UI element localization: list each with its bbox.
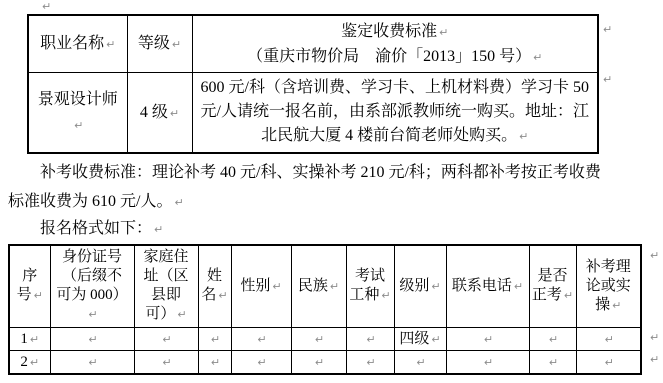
row1-level-cell[interactable]: 四级↵ — [394, 327, 446, 350]
row2-id-number-cell[interactable]: ↵ — [50, 350, 134, 374]
header-label-gender: 性别 — [240, 278, 270, 294]
fee-detail-text-3: 北民航大厦 4 楼前台简老师处购买。 — [261, 127, 517, 144]
header-label-regular-exam: 是否 正考 — [532, 268, 568, 303]
row2-no-value: 2 — [20, 354, 28, 370]
row1-exam-trade-cell[interactable]: ↵ — [346, 327, 394, 350]
header-label-ethnicity: 民族 — [298, 278, 328, 294]
fee-detail-text-1: 600 元/科（含培训费、学习卡、上机材料费）学习卡 50 — [201, 79, 589, 96]
paragraph-mark: ↵ — [174, 196, 183, 209]
header-label-exam-trade: 考试 工种 — [349, 268, 385, 303]
occupation-value: 景观设计师 — [38, 91, 118, 108]
fee-detail-line: 北民航大厦 4 楼前台简老师处购买。↵ — [199, 124, 592, 148]
paragraph-mark: ↵ — [42, 1, 51, 12]
standard-header-cell: 鉴定收费标准↵ （重庆市物价局 渝价「2013」150 号）↵ — [192, 15, 598, 72]
registration-header-row: 序 号↵ 身份证号 （后缀不 可为 000）↵ 家庭住 址（区 县即 可）↵ 姓… — [9, 245, 641, 327]
header-cell-regular-exam: 是否 正考↵ — [529, 245, 576, 327]
row2-exam-trade-cell[interactable]: ↵ — [346, 350, 394, 374]
paragraph-mark: ↵ — [484, 356, 493, 369]
row2-regular-exam-cell[interactable]: ↵ — [529, 350, 576, 374]
standard-title-text: 鉴定收费标准 — [341, 23, 437, 40]
fee-detail-line: 元/人请统一报名前，由系部派教师统一购买。地址：江 — [199, 100, 592, 124]
standard-subtitle-text: （重庆市物价局 渝价「2013」150 号） — [247, 48, 531, 65]
fee-detail-line: 600 元/科（含培训费、学习卡、上机材料费）学习卡 50 — [199, 76, 592, 100]
header-label-id-number: 身份证号 （后缀不 可为 000） — [56, 249, 127, 303]
fee-standard-table: 职业名称↵ 等级↵ 鉴定收费标准↵ （重庆市物价局 渝价「2013」150 号）… — [27, 14, 599, 154]
fee-table-data-row: 景观设计师↵ 4 级↵ 600 元/科（含培训费、学习卡、上机材料费）学习卡 5… — [28, 72, 598, 153]
paragraph-mark: ↵ — [88, 308, 97, 321]
paragraph-mark: ↵ — [172, 38, 181, 51]
header-cell-phone: 联系电话↵ — [446, 245, 529, 327]
row1-makeup-type-cell[interactable]: ↵ — [576, 327, 641, 350]
header-cell-no: 序 号↵ — [9, 245, 50, 327]
header-label-phone: 联系电话 — [452, 278, 512, 294]
paragraph-mark: ↵ — [257, 356, 266, 369]
fee-detail-cell: 600 元/科（含培训费、学习卡、上机材料费）学习卡 50 元/人请统一报名前，… — [192, 72, 598, 153]
header-cell-exam-trade: 考试 工种↵ — [346, 245, 394, 327]
form-intro-paragraph: 报名格式如下：↵ — [40, 219, 163, 239]
header-label-level: 级别 — [399, 278, 429, 294]
paragraph-mark: ↵ — [257, 333, 266, 346]
header-cell-ethnicity: 民族↵ — [291, 245, 346, 327]
paragraph-mark: ↵ — [74, 119, 83, 132]
standard-subtitle: （重庆市物价局 渝价「2013」150 号）↵ — [197, 44, 594, 69]
paragraph-mark: ↵ — [514, 280, 523, 293]
header-cell-id-number: 身份证号 （后缀不 可为 000）↵ — [50, 245, 134, 327]
paragraph-mark: ↵ — [484, 333, 493, 346]
paragraph-mark: ↵ — [162, 356, 171, 369]
header-label-makeup-type: 补考理 论或实 操 — [586, 259, 631, 313]
row2-gender-cell[interactable]: ↵ — [231, 350, 291, 374]
occupation-header-label: 职业名称 — [40, 35, 104, 52]
header-cell-gender: 性别↵ — [231, 245, 291, 327]
paragraph-mark: ↵ — [650, 332, 659, 343]
occupation-value-cell: 景观设计师↵ — [28, 72, 127, 153]
paragraph-mark: ↵ — [30, 333, 39, 346]
paragraph-mark: ↵ — [650, 354, 659, 365]
registration-row-2: 2↵ ↵ ↵ ↵ ↵ ↵ ↵ ↵ ↵ ↵ ↵ — [9, 350, 641, 374]
header-cell-home-address: 家庭住 址（区 县即 可）↵ — [134, 245, 198, 327]
paragraph-mark: ↵ — [211, 356, 220, 369]
form-intro-text: 报名格式如下： — [40, 220, 152, 237]
row1-id-number-cell[interactable]: ↵ — [50, 327, 134, 350]
paragraph-mark: ↵ — [519, 130, 528, 143]
row1-gender-cell[interactable]: ↵ — [231, 327, 291, 350]
paragraph-mark: ↵ — [605, 333, 614, 346]
paragraph-mark: ↵ — [605, 356, 614, 369]
paragraph-mark: ↵ — [315, 333, 324, 346]
level-value-cell: 4 级↵ — [127, 72, 192, 153]
paragraph-mark: ↵ — [106, 38, 115, 51]
paragraph-mark: ↵ — [211, 333, 220, 346]
row2-makeup-type-cell[interactable]: ↵ — [576, 350, 641, 374]
paragraph-mark: ↵ — [381, 289, 390, 302]
paragraph-mark: ↵ — [549, 333, 558, 346]
standard-title: 鉴定收费标准↵ — [197, 19, 594, 44]
row1-no-value: 1 — [20, 331, 28, 347]
row1-no-cell: 1↵ — [9, 327, 50, 350]
fee-detail-text-2: 元/人请统一报名前，由系部派教师统一购买。地址：江 — [201, 103, 589, 120]
paragraph-mark: ↵ — [650, 250, 659, 261]
paragraph-mark: ↵ — [177, 308, 186, 321]
paragraph-mark: ↵ — [34, 289, 43, 302]
paragraph-mark: ↵ — [603, 24, 612, 35]
registration-table: 序 号↵ 身份证号 （后缀不 可为 000）↵ 家庭住 址（区 县即 可）↵ 姓… — [8, 244, 642, 375]
paragraph-mark: ↵ — [431, 280, 440, 293]
level-header-label: 等级 — [138, 35, 170, 52]
paragraph-mark: ↵ — [330, 280, 339, 293]
row2-no-cell: 2↵ — [9, 350, 50, 374]
level-header-cell: 等级↵ — [127, 15, 192, 72]
header-cell-name: 姓 名↵ — [198, 245, 231, 327]
level-value: 4 级 — [140, 104, 168, 121]
header-cell-makeup-type: 补考理 论或实 操↵ — [576, 245, 641, 327]
occupation-header-cell: 职业名称↵ — [28, 15, 127, 72]
registration-row-1: 1↵ ↵ ↵ ↵ ↵ ↵ ↵ 四级↵ ↵ ↵ ↵ — [9, 327, 641, 350]
row1-name-cell[interactable]: ↵ — [198, 327, 231, 350]
makeup-fee-line2-text: 标准收费为 610 元/人。 — [8, 193, 172, 210]
paragraph-mark: ↵ — [218, 289, 227, 302]
row2-phone-cell[interactable]: ↵ — [446, 350, 529, 374]
paragraph-mark: ↵ — [162, 333, 171, 346]
row2-ethnicity-cell[interactable]: ↵ — [291, 350, 346, 374]
paragraph-mark: ↵ — [533, 51, 542, 64]
paragraph-mark: ↵ — [272, 280, 281, 293]
row2-home-address-cell[interactable]: ↵ — [134, 350, 198, 374]
paragraph-mark: ↵ — [612, 299, 621, 312]
row1-phone-cell[interactable]: ↵ — [446, 327, 529, 350]
paragraph-mark: ↵ — [439, 26, 448, 39]
fee-table-header-row: 职业名称↵ 等级↵ 鉴定收费标准↵ （重庆市物价局 渝价「2013」150 号）… — [28, 15, 598, 72]
paragraph-mark: ↵ — [431, 333, 440, 346]
makeup-fee-line2: 标准收费为 610 元/人。↵ — [8, 187, 660, 216]
paragraph-mark: ↵ — [366, 333, 375, 346]
row2-name-cell[interactable]: ↵ — [198, 350, 231, 374]
row2-level-cell[interactable]: ↵ — [394, 350, 446, 374]
paragraph-mark: ↵ — [416, 356, 425, 369]
header-cell-level: 级别↵ — [394, 245, 446, 327]
paragraph-mark: ↵ — [549, 356, 558, 369]
makeup-fee-line1: 补考收费标准：理论补考 40 元/科、实操补考 210 元/科；两科都补考按正考… — [8, 158, 660, 187]
paragraph-mark: ↵ — [30, 356, 39, 369]
makeup-fee-paragraph: 补考收费标准：理论补考 40 元/科、实操补考 210 元/科；两科都补考按正考… — [8, 158, 660, 216]
paragraph-mark: ↵ — [603, 74, 612, 85]
row1-level-value: 四级 — [399, 331, 429, 347]
row1-ethnicity-cell[interactable]: ↵ — [291, 327, 346, 350]
paragraph-mark: ↵ — [366, 356, 375, 369]
paragraph-mark: ↵ — [315, 356, 324, 369]
row1-regular-exam-cell[interactable]: ↵ — [529, 327, 576, 350]
paragraph-mark: ↵ — [154, 223, 163, 236]
paragraph-mark: ↵ — [170, 107, 179, 120]
paragraph-mark: ↵ — [564, 289, 573, 302]
paragraph-mark: ↵ — [88, 333, 97, 346]
paragraph-mark: ↵ — [88, 356, 97, 369]
row1-home-address-cell[interactable]: ↵ — [134, 327, 198, 350]
